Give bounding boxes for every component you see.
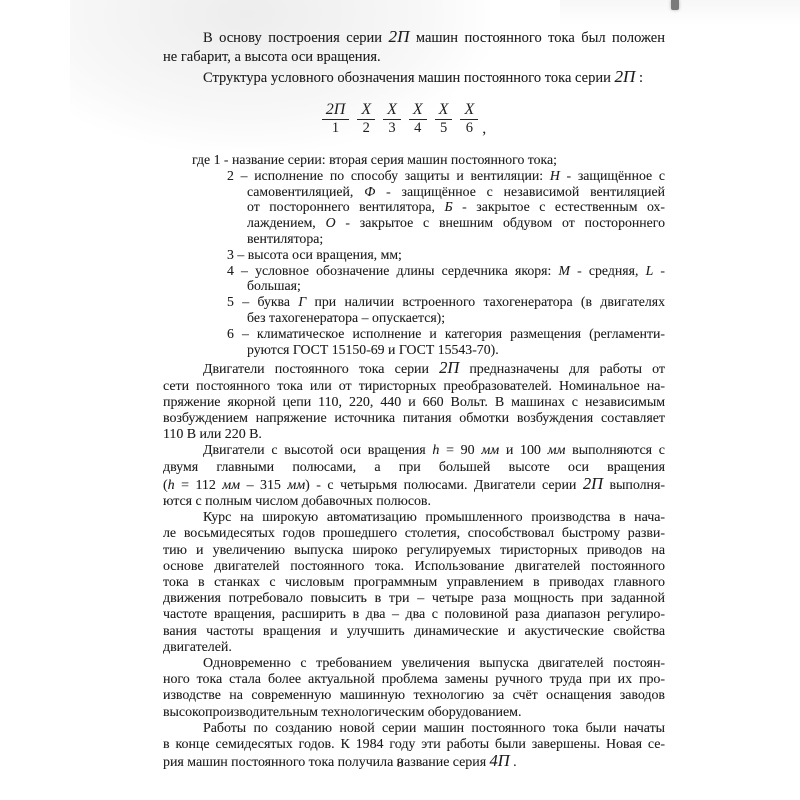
series-designation: 2П bbox=[439, 358, 459, 377]
text-segment: без тахогенератора – опускается); bbox=[247, 310, 445, 325]
text-line: возбуждением напряжение источника питани… bbox=[163, 411, 665, 427]
text-line: 4 – условное обозначение длины сердечник… bbox=[247, 263, 665, 279]
text-segment: Структура условного обозначения машин по… bbox=[203, 70, 615, 86]
text-line: от постороннего вентилятора, Б - закрыто… bbox=[247, 199, 665, 215]
text-line: в конце семидесятых годов. К 1984 году э… bbox=[163, 737, 665, 753]
text-segment: - защищённое с независимой вентиляцией bbox=[375, 184, 665, 199]
text-segment: где 1 - название серии: вторая серия маш… bbox=[192, 152, 557, 167]
text-line: движения потребовало повысить в три – че… bbox=[163, 591, 665, 607]
text-line: Структура условного обозначения машин по… bbox=[163, 67, 665, 88]
text-line: 3 – высота оси вращения, мм; bbox=[247, 247, 665, 263]
text-segment: ле восьмидесятых годов прошедшего столет… bbox=[163, 526, 665, 541]
formula-fraction: X6 bbox=[460, 101, 478, 136]
text-line: частоте вращения, расширить в два – два … bbox=[163, 607, 665, 623]
text-segment: движения потребовало повысить в три – че… bbox=[163, 591, 665, 606]
formula-denominator: 5 bbox=[435, 120, 453, 136]
text-segment: = 112 bbox=[175, 478, 223, 493]
math-symbol: Ф bbox=[364, 184, 375, 199]
text-line: (h = 112 мм – 315 мм) - с четырьмя полюс… bbox=[163, 476, 665, 494]
text-line: Работы по созданию новой серии машин пос… bbox=[163, 721, 665, 737]
formula-fraction: X5 bbox=[435, 101, 453, 136]
math-symbol: мм bbox=[222, 478, 240, 493]
designation-legend-list: где 1 - название серии: вторая серия маш… bbox=[163, 152, 665, 357]
text-line: руются ГОСТ 15150-69 и ГОСТ 15543-70). bbox=[247, 342, 665, 358]
math-symbol: h bbox=[168, 478, 175, 493]
math-symbol: О bbox=[326, 215, 336, 230]
text-line: высокопроизводительным технологическим о… bbox=[163, 705, 665, 721]
formula-numerator: X bbox=[357, 101, 375, 120]
formula-denominator: 2 bbox=[357, 120, 375, 136]
formula-numerator: X bbox=[435, 101, 453, 120]
text-segment: выполняются с bbox=[565, 443, 665, 458]
text-segment: 6 – климатическое исполнение и категория… bbox=[227, 326, 665, 341]
formula-denominator: 3 bbox=[383, 120, 401, 136]
text-line: ного тока стала более актуальной проблем… bbox=[163, 672, 665, 688]
text-line: Одновременно с требованием увеличения вы… bbox=[163, 656, 665, 672]
text-segment: 2 – исполнение по способу защиты и венти… bbox=[227, 168, 550, 183]
text-segment: - закрытое с внешним обдувом от посторон… bbox=[336, 215, 665, 230]
text-line: вания частоты вращения и улучшить динами… bbox=[163, 624, 665, 640]
text-segment: Курс на широкую автоматизацию промышленн… bbox=[203, 510, 665, 525]
formula-numerator: X bbox=[460, 101, 478, 120]
series-designation: 2П bbox=[389, 27, 410, 46]
text-line: 5 – буква Г при наличии встроенного тахо… bbox=[247, 294, 665, 310]
text-segment: 4 – условное обозначение длины сердечник… bbox=[227, 263, 558, 278]
series-designation: 2П bbox=[583, 474, 603, 493]
text-segment: 3 – высота оси вращения, мм; bbox=[227, 247, 402, 262]
text-line: сети постоянного тока или от тиристорных… bbox=[163, 379, 665, 395]
text-segment: : bbox=[635, 70, 643, 86]
text-segment: вентилятора; bbox=[247, 231, 323, 246]
text-line: Курс на широкую автоматизацию промышленн… bbox=[163, 510, 665, 526]
text-line: пряжение якорной цепи 110, 220, 440 и 66… bbox=[163, 395, 665, 411]
text-segment: выполня- bbox=[603, 478, 665, 493]
text-segment: возбуждением напряжение источника питани… bbox=[163, 411, 665, 426]
text-segment: двигателей. bbox=[163, 640, 232, 655]
text-segment: ного тока стала более актуальной проблем… bbox=[163, 672, 665, 687]
text-segment: В основу построения серии bbox=[203, 30, 389, 46]
series-designation: 2П bbox=[615, 67, 636, 86]
formula-numerator: X bbox=[383, 101, 401, 120]
math-symbol: Б bbox=[444, 199, 452, 214]
text-line: двигателей. bbox=[163, 640, 665, 656]
text-segment: основе двигателей постоянного тока. Испо… bbox=[163, 559, 665, 574]
paragraph-motors-purpose: Двигатели постоянного тока серии 2П пред… bbox=[163, 360, 665, 443]
scan-artifact-mark bbox=[671, 0, 679, 10]
text-line: не габарит, а высота оси вращения. bbox=[163, 48, 665, 67]
text-segment: не габарит, а высота оси вращения. bbox=[163, 49, 381, 65]
text-line: Двигатели постоянного тока серии 2П пред… bbox=[163, 360, 665, 378]
text-line: В основу построения серии 2П машин посто… bbox=[163, 27, 665, 48]
text-segment: большая; bbox=[247, 278, 301, 293]
text-segment: 110 В или 220 В. bbox=[163, 427, 262, 442]
paragraph-automation-course: Курс на широкую автоматизацию промышленн… bbox=[163, 510, 665, 656]
text-segment: руются ГОСТ 15150-69 и ГОСТ 15543-70). bbox=[247, 342, 499, 357]
paragraph-manual-labor: Одновременно с требованием увеличения вы… bbox=[163, 656, 665, 721]
text-line: лаждением, О - закрытое с внешним обдуво… bbox=[247, 215, 665, 231]
paragraph-designation-structure: Структура условного обозначения машин по… bbox=[163, 67, 665, 88]
text-segment: Работы по созданию новой серии машин пос… bbox=[203, 721, 665, 736]
text-line: где 1 - название серии: вторая серия маш… bbox=[247, 152, 665, 168]
text-segment: от постороннего вентилятора, bbox=[247, 199, 444, 214]
text-line: вентилятора; bbox=[247, 231, 665, 247]
text-segment: сети постоянного тока или от тиристорных… bbox=[163, 379, 665, 394]
page-number: 8 bbox=[0, 755, 800, 771]
text-segment: пряжение якорной цепи 110, 220, 440 и 66… bbox=[163, 395, 665, 410]
text-segment: ) - с четырьмя полюсами. Двигатели серии bbox=[305, 478, 583, 493]
formula-fraction: 2П1 bbox=[322, 101, 350, 136]
math-symbol: Н bbox=[550, 168, 560, 183]
text-segment: машин постоянного тока был положен bbox=[409, 30, 665, 46]
text-segment: = 90 bbox=[439, 443, 481, 458]
text-segment: Одновременно с требованием увеличения вы… bbox=[203, 656, 665, 671]
formula-fraction: X4 bbox=[409, 101, 427, 136]
text-segment: - защищённое с bbox=[560, 168, 665, 183]
text-segment: лаждением, bbox=[247, 215, 326, 230]
text-line: 6 – климатическое исполнение и категория… bbox=[247, 326, 665, 342]
math-symbol: мм bbox=[548, 443, 566, 458]
text-segment: и 100 bbox=[499, 443, 548, 458]
text-segment: тию и увеличению выпуска широко регулиру… bbox=[163, 543, 665, 558]
formula-comma: , bbox=[482, 122, 486, 136]
text-segment: - закрытое с естественным ох- bbox=[453, 199, 665, 214]
text-segment: ются с полным числом добавочных полюсов. bbox=[163, 494, 431, 509]
text-line: изводстве на современную машинную технол… bbox=[163, 688, 665, 704]
text-segment: двумя главными полюсами, а при большей в… bbox=[163, 460, 665, 475]
text-segment: – 315 bbox=[240, 478, 287, 493]
text-segment: вания частоты вращения и улучшить динами… bbox=[163, 624, 665, 639]
text-line: тока в станках с числовым программным уп… bbox=[163, 575, 665, 591]
paragraph-series-basis: В основу построения серии 2П машин посто… bbox=[163, 27, 665, 67]
text-line: большая; bbox=[247, 278, 665, 294]
text-segment: частоте вращения, расширить в два – два … bbox=[163, 607, 665, 622]
text-segment: предназначены для работы от bbox=[459, 362, 665, 377]
text-segment: - bbox=[653, 263, 665, 278]
text-line: тию и увеличению выпуска широко регулиру… bbox=[163, 543, 665, 559]
text-line: 2 – исполнение по способу защиты и венти… bbox=[247, 168, 665, 184]
text-segment: Двигатели постоянного тока серии bbox=[203, 362, 439, 377]
formula-numerator: X bbox=[409, 101, 427, 120]
math-symbol: Г bbox=[298, 294, 306, 309]
scanned-document-page: В основу построения серии 2П машин посто… bbox=[0, 0, 800, 800]
paragraph-motors-poles: Двигатели с высотой оси вращения h = 90 … bbox=[163, 443, 665, 510]
document-text-block: В основу построения серии 2П машин посто… bbox=[163, 0, 665, 771]
text-line: самовентиляцией, Ф - защищённое с незави… bbox=[247, 184, 665, 200]
text-segment: 5 – буква bbox=[227, 294, 298, 309]
math-symbol: мм bbox=[287, 478, 305, 493]
text-segment: высокопроизводительным технологическим о… bbox=[163, 705, 521, 720]
text-segment: - средняя, bbox=[570, 263, 646, 278]
math-symbol: мм bbox=[481, 443, 499, 458]
formula-fraction: X2 bbox=[357, 101, 375, 136]
text-line: без тахогенератора – опускается); bbox=[247, 310, 665, 326]
text-line: основе двигателей постоянного тока. Испо… bbox=[163, 559, 665, 575]
text-segment: самовентиляцией, bbox=[247, 184, 364, 199]
designation-formula: 2П1X2X3X4X5X6, bbox=[163, 101, 665, 137]
text-segment: тока в станках с числовым программным уп… bbox=[163, 575, 665, 590]
formula-denominator: 6 bbox=[460, 120, 478, 136]
formula-denominator: 1 bbox=[322, 120, 350, 136]
text-line: ются с полным числом добавочных полюсов. bbox=[163, 494, 665, 510]
text-line: Двигатели с высотой оси вращения h = 90 … bbox=[163, 443, 665, 459]
formula-fraction: X3 bbox=[383, 101, 401, 136]
text-segment: Двигатели с высотой оси вращения bbox=[203, 443, 432, 458]
text-segment: изводстве на современную машинную технол… bbox=[163, 688, 665, 703]
text-segment: в конце семидесятых годов. К 1984 году э… bbox=[163, 737, 665, 752]
math-symbol: М bbox=[558, 263, 570, 278]
formula-numerator: 2П bbox=[322, 101, 350, 120]
text-segment: при наличии встроенного тахогенератора (… bbox=[306, 294, 665, 309]
text-line: 110 В или 220 В. bbox=[163, 427, 665, 443]
formula-denominator: 4 bbox=[409, 120, 427, 136]
text-line: ле восьмидесятых годов прошедшего столет… bbox=[163, 526, 665, 542]
